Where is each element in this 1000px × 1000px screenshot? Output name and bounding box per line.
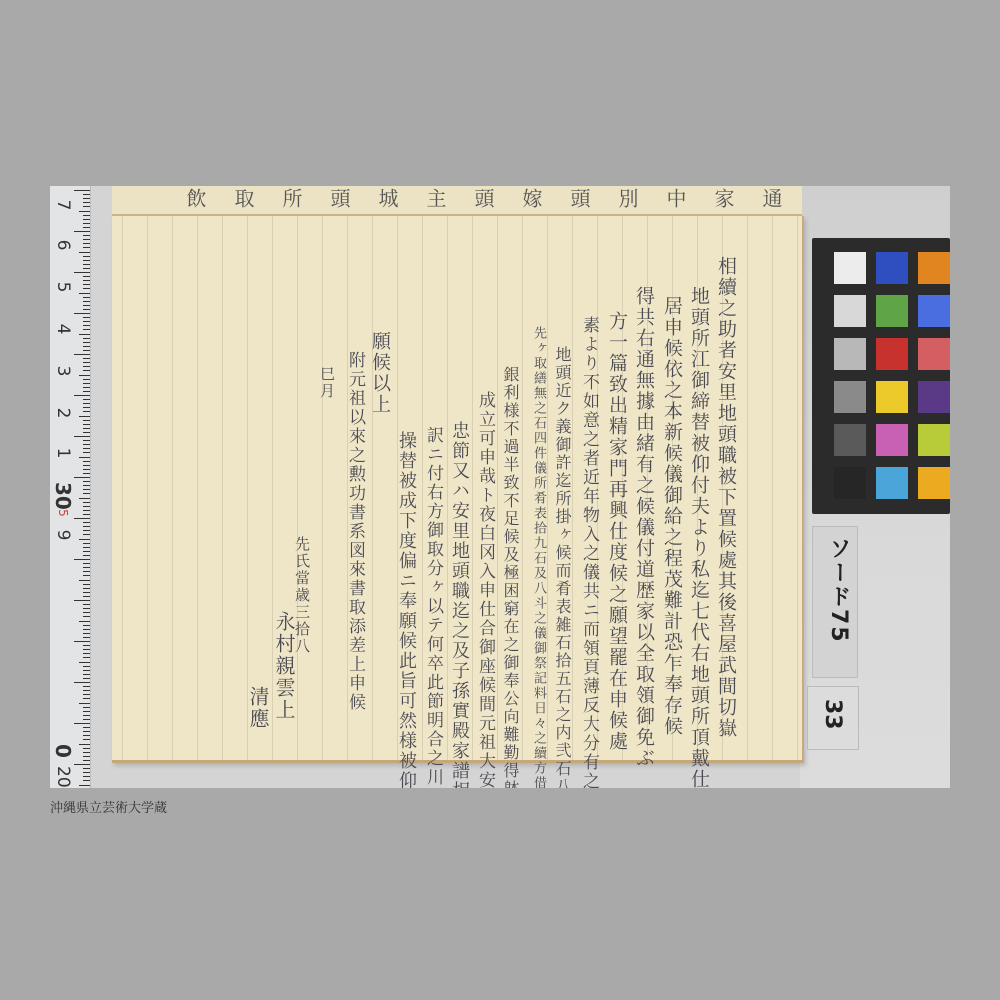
manuscript-column: 方一篇致出精家門再興仕度候之願望罷在申候處 — [605, 311, 628, 752]
ruler-tick — [83, 338, 90, 339]
ruled-line — [797, 216, 798, 760]
ruler-tick — [83, 411, 90, 412]
ruler-tick — [83, 391, 90, 392]
ruler-tick — [74, 395, 90, 396]
strip-character: 通 — [760, 188, 782, 210]
ruled-line — [472, 216, 473, 760]
ruler-tick — [83, 403, 90, 404]
ruler-tick — [83, 666, 90, 667]
ruler-tick — [79, 457, 90, 458]
ruler-tick — [83, 399, 90, 400]
strip-character: 頭 — [568, 188, 590, 210]
ruler-tick — [83, 239, 90, 240]
ruler-tick — [83, 555, 90, 556]
ruler-tick — [83, 592, 90, 593]
color-swatch — [834, 424, 866, 456]
ruler-tick — [83, 440, 90, 441]
ruler-tick — [83, 215, 90, 216]
ruler-tick — [83, 596, 90, 597]
ruler-tick — [83, 694, 90, 695]
ruler-tick — [83, 301, 90, 302]
ruler-tick — [83, 469, 90, 470]
ruler-tick — [83, 739, 90, 740]
ruler-tick — [83, 379, 90, 380]
ruler-tick — [83, 637, 90, 638]
ruler-tick — [83, 465, 90, 466]
ruler-tick — [83, 288, 90, 289]
ruler-label: 6 — [54, 236, 72, 254]
ruler-tick — [83, 235, 90, 236]
ruler-tick — [83, 485, 90, 486]
ruler-tick — [79, 662, 90, 663]
ruler-tick — [83, 522, 90, 523]
ruler-tick — [83, 678, 90, 679]
color-swatch — [876, 295, 908, 327]
collection-caption: 沖縄県立芸術大学蔵 — [50, 797, 167, 816]
ruled-line — [247, 216, 248, 760]
ruler-tick — [79, 703, 90, 704]
strip-character: 嫁 — [520, 188, 542, 210]
manuscript-column: 地頭近ク義御許迄所掛ヶ候而肴表雑石拾五石之内弐石八 — [552, 346, 572, 788]
ruler-tick — [83, 715, 90, 716]
ruler-tick — [83, 227, 90, 228]
color-swatch — [918, 467, 950, 499]
ruled-line — [572, 216, 573, 760]
ruler-tick — [83, 358, 90, 359]
ruler-tick — [79, 252, 90, 253]
ruler-tick — [83, 649, 90, 650]
manuscript-column: 相續之助者安里地頭職被下置候處其後喜屋武間切嶽 — [714, 256, 737, 739]
ruler-label: 2 — [54, 404, 72, 422]
ruler-tick — [79, 416, 90, 417]
ruler-tick — [74, 231, 90, 232]
ruler-tick — [74, 641, 90, 642]
ruler-tick — [83, 698, 90, 699]
ruler-tick — [83, 776, 90, 777]
ruler-tick — [83, 383, 90, 384]
color-swatch — [876, 467, 908, 499]
ruler-tick — [83, 719, 90, 720]
ruled-line — [522, 216, 523, 760]
manuscript-column: 得共右通無據由緒有之候儀付道歴家以全取領御免ぶ — [632, 286, 655, 769]
strip-character: 頭 — [472, 188, 494, 210]
color-swatch — [876, 338, 908, 370]
manuscript-column: 願候以上 — [368, 331, 391, 415]
code-label-text: ソード75 — [823, 537, 854, 644]
ruled-line — [147, 216, 148, 760]
previous-page-strip: 通家中別頭嫁頭主城頭所取飲 — [112, 186, 802, 216]
ruler-tick — [74, 723, 90, 724]
strip-character: 飲 — [184, 188, 206, 210]
ruler-tick — [79, 785, 90, 786]
ruler-tick — [83, 325, 90, 326]
ruler-tick — [83, 571, 90, 572]
ruled-line — [772, 216, 773, 760]
ruler-tick — [83, 280, 90, 281]
ruler-tick — [79, 334, 90, 335]
ruler-tick — [83, 452, 90, 453]
ruler-tick — [83, 424, 90, 425]
ruler-tick — [83, 329, 90, 330]
ruler-tick — [83, 612, 90, 613]
manuscript-page: 相續之助者安里地頭職被下置候處其後喜屋武間切嶽地頭所江御締替被仰付夫より私迄七代… — [112, 216, 804, 763]
color-swatch — [918, 252, 950, 284]
ruler-tick — [79, 498, 90, 499]
ruler-tick — [79, 744, 90, 745]
ruler-tick — [74, 682, 90, 683]
ruler-tick — [83, 584, 90, 585]
ruler-tick — [83, 387, 90, 388]
color-swatch — [918, 338, 950, 370]
strip-character: 所 — [280, 188, 302, 210]
ruler-tick — [83, 268, 90, 269]
ruler-tick — [83, 690, 90, 691]
ruler-tick — [74, 559, 90, 560]
ruler-tick — [83, 223, 90, 224]
ruler-tick — [83, 342, 90, 343]
manuscript-column: 成立可申哉ト夜白冈入申仕合御座候間元祖大安里拔群之 — [474, 391, 495, 788]
ruler-label: 30 — [54, 482, 72, 500]
ruler-tick — [83, 674, 90, 675]
ruler-tick — [83, 219, 90, 220]
color-checker-chart — [812, 238, 950, 514]
manuscript-column: 地頭所江御締替被仰付夫より私迄七代右地頭所頂戴仕 — [687, 286, 710, 788]
manuscript-column: 素より不如意之者近年物入之儀共ニ而領頁薄反大分有之上 — [578, 316, 599, 788]
ruler-tick — [83, 362, 90, 363]
ruler-tick — [83, 653, 90, 654]
ruler-tick — [83, 526, 90, 527]
ruler-tick — [83, 530, 90, 531]
ruler-tick — [83, 247, 90, 248]
strip-character: 家 — [712, 188, 734, 210]
code-label-card: ソード75 — [812, 526, 858, 678]
ruler-tick — [83, 534, 90, 535]
manuscript-column: 永村親雲上 — [272, 611, 296, 721]
ruler-tick — [83, 309, 90, 310]
ruled-line — [172, 216, 173, 760]
manuscript-column: 居申候依之本新候儀御給之程茂難計恐乍奉存候 — [660, 296, 683, 737]
ruler-tick — [83, 575, 90, 576]
ruler-tick — [83, 317, 90, 318]
ruler-tick — [83, 768, 90, 769]
ruler-tick — [83, 305, 90, 306]
ruled-line — [322, 216, 323, 760]
ruler-tick — [83, 346, 90, 347]
ruler-tick — [79, 539, 90, 540]
ruler-tick — [83, 256, 90, 257]
ruler-tick — [83, 481, 90, 482]
ruler-tick — [83, 711, 90, 712]
ruler-tick — [83, 407, 90, 408]
ruler-tick — [83, 506, 90, 507]
ruler-tick — [74, 518, 90, 519]
ruler-tick — [83, 748, 90, 749]
ruler-tick — [83, 756, 90, 757]
manuscript-column: 銀利様不過半致不足候及極困窮在之御奉公向難勤得躰ニ茂 — [500, 366, 520, 788]
ruled-line — [497, 216, 498, 760]
ruler-tick — [83, 645, 90, 646]
ruler-tick — [83, 633, 90, 634]
manuscript-column: 忠節又ハ安里地頭職迄之及子孫實殿家譜相見得候 — [448, 421, 470, 788]
ruler-label: 7 — [54, 196, 72, 214]
ruler-tick — [83, 202, 90, 203]
manuscript-column: 巳月 — [317, 366, 336, 400]
ruler-tick — [83, 510, 90, 511]
manuscript-column: 附元祖以來之勲功書系図來書取添差上申候 — [344, 351, 365, 712]
ruler-tick — [83, 444, 90, 445]
color-swatch — [876, 252, 908, 284]
ruler-tick — [74, 477, 90, 478]
ruler-tick — [83, 502, 90, 503]
page-number-card: 33 — [807, 686, 859, 750]
color-swatch — [876, 381, 908, 413]
ruler-tick — [83, 206, 90, 207]
ruled-line — [297, 216, 298, 760]
ruler-tick — [83, 321, 90, 322]
ruler-label: 9 — [54, 526, 72, 544]
ruler-tick — [83, 551, 90, 552]
strip-character: 中 — [664, 188, 686, 210]
ruler-tick — [79, 580, 90, 581]
strip-character: 別 — [616, 188, 638, 210]
ruler-label: 3 — [54, 362, 72, 380]
ruler-tick — [83, 366, 90, 367]
ruler-tick — [83, 194, 90, 195]
ruler-tick — [83, 772, 90, 773]
color-swatch — [834, 252, 866, 284]
ruled-line — [747, 216, 748, 760]
ruler-tick — [83, 543, 90, 544]
ruler-tick — [83, 727, 90, 728]
ruler-tick — [83, 420, 90, 421]
ruler-tick — [83, 547, 90, 548]
ruler-tick — [83, 448, 90, 449]
manuscript-column: 操替被成下度偏ニ奉願候此旨可然様被仰上可被下儀奉 — [395, 431, 417, 788]
ruler-tick — [83, 514, 90, 515]
strip-character: 主 — [424, 188, 446, 210]
ruler-tick — [83, 432, 90, 433]
ruler-label: 20 — [54, 766, 72, 784]
ruled-line — [197, 216, 198, 760]
measuring-ruler: 76543213059020 — [50, 186, 91, 788]
ruler-tick — [79, 293, 90, 294]
ruler-tick — [83, 657, 90, 658]
ruler-tick — [79, 211, 90, 212]
ruler-tick — [83, 780, 90, 781]
color-swatch — [918, 295, 950, 327]
ruler-label: 5 — [54, 504, 72, 522]
ruler-tick — [83, 473, 90, 474]
ruler-tick — [83, 489, 90, 490]
ruler-tick — [83, 493, 90, 494]
color-swatch — [834, 467, 866, 499]
ruled-line — [222, 216, 223, 760]
ruler-tick — [83, 567, 90, 568]
manuscript-column: 訳ニ付右方御取分ヶ以テ何卒此節明合之川平地頭所江御 — [422, 426, 443, 788]
manuscript-column: 先ヶ取繕無之石四件儀所肴表拾九石及八斗之儀御祭記料日々之續方借 — [530, 326, 547, 788]
ruled-line — [547, 216, 548, 760]
strip-character: 城 — [376, 188, 398, 210]
ruler-tick — [83, 563, 90, 564]
ruler-tick — [83, 608, 90, 609]
color-swatch — [834, 338, 866, 370]
ruler-label: 5 — [54, 278, 72, 296]
ruler-tick — [83, 428, 90, 429]
ruler-label: 4 — [54, 320, 72, 338]
ruler-tick — [79, 375, 90, 376]
ruler-tick — [83, 243, 90, 244]
ruler-tick — [83, 264, 90, 265]
ruler-tick — [83, 629, 90, 630]
ruler-tick — [74, 436, 90, 437]
ruler-tick — [74, 354, 90, 355]
ruler-tick — [83, 752, 90, 753]
ruler-tick — [74, 764, 90, 765]
color-swatch — [876, 424, 908, 456]
strip-character: 頭 — [328, 188, 350, 210]
color-swatch — [918, 424, 950, 456]
manuscript-column: 清應 — [246, 686, 270, 730]
ruler-tick — [83, 760, 90, 761]
ruler-tick — [83, 260, 90, 261]
ruler-tick — [83, 461, 90, 462]
strip-character: 取 — [232, 188, 254, 210]
ruler-tick — [83, 707, 90, 708]
ruler-tick — [83, 616, 90, 617]
ruled-line — [372, 216, 373, 760]
color-swatch — [834, 295, 866, 327]
ruled-line — [122, 216, 123, 760]
ruler-tick — [83, 198, 90, 199]
ruler-tick — [83, 297, 90, 298]
ruler-label: 0 — [54, 742, 72, 760]
ruler-tick — [83, 735, 90, 736]
ruler-tick — [74, 313, 90, 314]
color-swatch — [834, 381, 866, 413]
ruler-tick — [83, 731, 90, 732]
ruler-tick — [83, 284, 90, 285]
ruler-tick — [83, 625, 90, 626]
color-swatch — [918, 381, 950, 413]
ruler-tick — [83, 670, 90, 671]
ruler-tick — [74, 600, 90, 601]
ruler-tick — [83, 276, 90, 277]
scan-photo: 76543213059020 通家中別頭嫁頭主城頭所取飲 相續之助者安里地頭職被… — [50, 186, 950, 788]
ruler-tick — [79, 621, 90, 622]
ruler-tick — [74, 272, 90, 273]
ruler-tick — [83, 686, 90, 687]
ruler-tick — [83, 370, 90, 371]
ruler-tick — [74, 190, 90, 191]
ruler-tick — [83, 604, 90, 605]
page-number-text: 33 — [820, 699, 845, 730]
ruler-label: 1 — [54, 444, 72, 462]
ruler-tick — [83, 350, 90, 351]
ruler-tick — [83, 588, 90, 589]
